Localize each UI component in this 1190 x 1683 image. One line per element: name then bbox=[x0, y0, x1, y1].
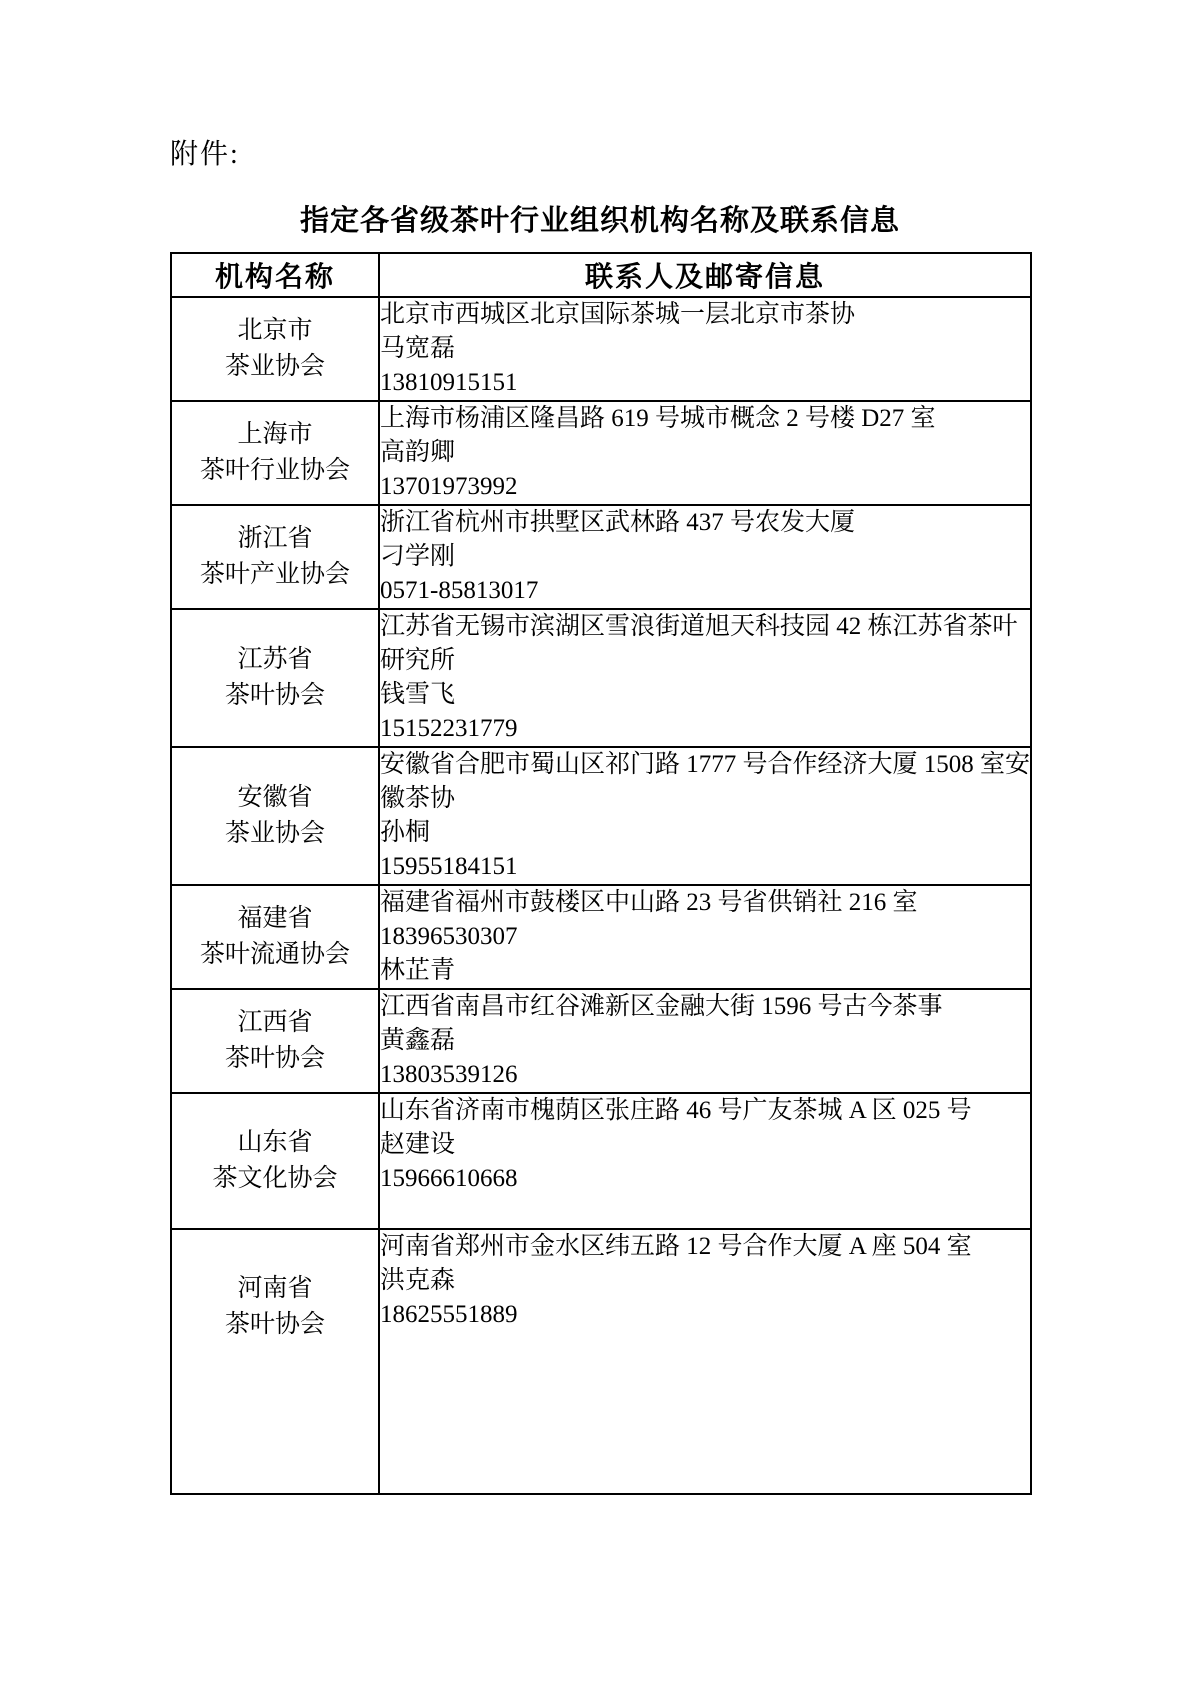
org-name-cell: 山东省 茶文化协会 bbox=[171, 1093, 379, 1229]
document-title: 指定各省级茶叶行业组织机构名称及联系信息 bbox=[170, 204, 1030, 238]
org-name-cell: 上海市 茶叶行业协会 bbox=[171, 401, 379, 505]
document-page: 附件: 指定各省级茶叶行业组织机构名称及联系信息 机构名称 联系人及邮寄信息 北… bbox=[170, 138, 1032, 1495]
contact-info-cell: 江苏省无锡市滨湖区雪浪街道旭天科技园 42 栋江苏省茶叶研究所 钱雪飞 1515… bbox=[379, 609, 1031, 747]
table-row: 安徽省 茶业协会 安徽省合肥市蜀山区祁门路 1777 号合作经济大厦 1508 … bbox=[171, 747, 1031, 885]
org-name-cell: 河南省 茶叶协会 bbox=[171, 1229, 379, 1494]
org-name-cell: 北京市 茶业协会 bbox=[171, 297, 379, 401]
contact-info-cell: 江西省南昌市红谷滩新区金融大街 1596 号古今茶事 黄鑫磊 138035391… bbox=[379, 989, 1031, 1093]
header-contact-info: 联系人及邮寄信息 bbox=[379, 253, 1031, 297]
table-row: 江西省 茶叶协会 江西省南昌市红谷滩新区金融大街 1596 号古今茶事 黄鑫磊 … bbox=[171, 989, 1031, 1093]
header-org-name: 机构名称 bbox=[171, 253, 379, 297]
contact-info-cell: 北京市西城区北京国际茶城一层北京市茶协 马宽磊 13810915151 bbox=[379, 297, 1031, 401]
contact-info-cell: 浙江省杭州市拱墅区武林路 437 号农发大厦 刁学刚 0571-85813017 bbox=[379, 505, 1031, 609]
table-row: 江苏省 茶叶协会 江苏省无锡市滨湖区雪浪街道旭天科技园 42 栋江苏省茶叶研究所… bbox=[171, 609, 1031, 747]
contact-info-cell: 上海市杨浦区隆昌路 619 号城市概念 2 号楼 D27 室 高韵卿 13701… bbox=[379, 401, 1031, 505]
table-row: 福建省 茶叶流通协会 福建省福州市鼓楼区中山路 23 号省供销社 216 室 1… bbox=[171, 885, 1031, 989]
table-row: 河南省 茶叶协会 河南省郑州市金水区纬五路 12 号合作大厦 A 座 504 室… bbox=[171, 1229, 1031, 1494]
org-name-cell: 浙江省 茶叶产业协会 bbox=[171, 505, 379, 609]
contact-info-cell: 河南省郑州市金水区纬五路 12 号合作大厦 A 座 504 室 洪克森 1862… bbox=[379, 1229, 1031, 1494]
table-row: 浙江省 茶叶产业协会 浙江省杭州市拱墅区武林路 437 号农发大厦 刁学刚 05… bbox=[171, 505, 1031, 609]
table-row: 上海市 茶叶行业协会 上海市杨浦区隆昌路 619 号城市概念 2 号楼 D27 … bbox=[171, 401, 1031, 505]
contact-info-cell: 福建省福州市鼓楼区中山路 23 号省供销社 216 室 18396530307 … bbox=[379, 885, 1031, 989]
org-name-cell: 江苏省 茶叶协会 bbox=[171, 609, 379, 747]
contact-info-cell: 安徽省合肥市蜀山区祁门路 1777 号合作经济大厦 1508 室安徽茶协 孙桐 … bbox=[379, 747, 1031, 885]
table-row: 北京市 茶业协会 北京市西城区北京国际茶城一层北京市茶协 马宽磊 1381091… bbox=[171, 297, 1031, 401]
org-name-cell: 江西省 茶叶协会 bbox=[171, 989, 379, 1093]
org-contact-table: 机构名称 联系人及邮寄信息 北京市 茶业协会 北京市西城区北京国际茶城一层北京市… bbox=[170, 252, 1032, 1495]
attachment-label: 附件: bbox=[170, 138, 1032, 172]
org-name-cell: 福建省 茶叶流通协会 bbox=[171, 885, 379, 989]
contact-info-cell: 山东省济南市槐荫区张庄路 46 号广友茶城 A 区 025 号 赵建设 1596… bbox=[379, 1093, 1031, 1229]
table-header-row: 机构名称 联系人及邮寄信息 bbox=[171, 253, 1031, 297]
table-row: 山东省 茶文化协会 山东省济南市槐荫区张庄路 46 号广友茶城 A 区 025 … bbox=[171, 1093, 1031, 1229]
org-name-cell: 安徽省 茶业协会 bbox=[171, 747, 379, 885]
